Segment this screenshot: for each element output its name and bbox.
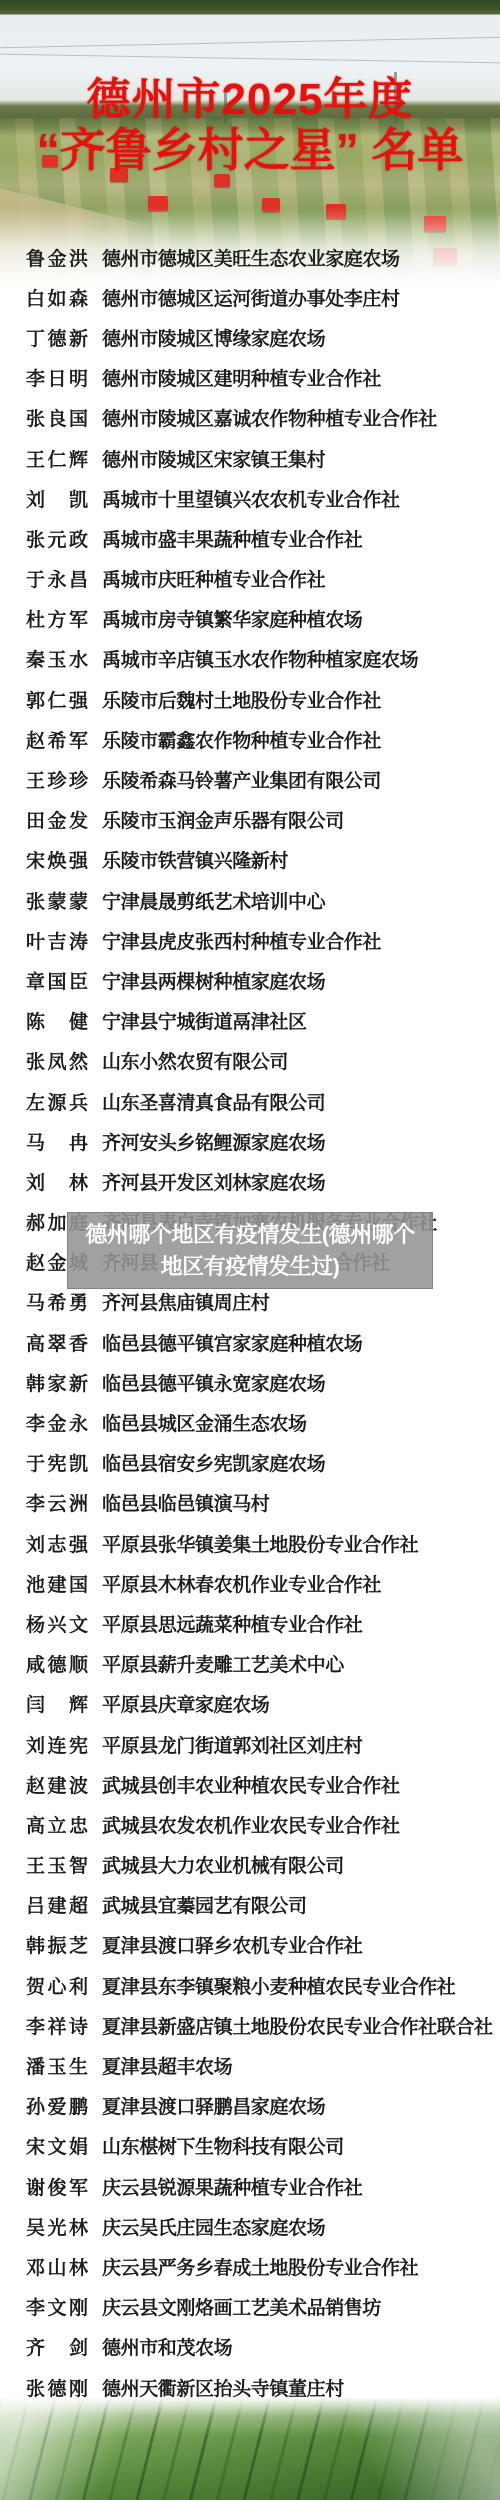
org-name: 夏津县超丰农场 xyxy=(102,2052,232,2079)
person-name: 白如森 xyxy=(26,284,88,311)
list-item: 张蒙蒙宁津晨晟剪纸艺术培训中心 xyxy=(0,880,500,920)
list-item: 杜方军禹城市房寺镇繁华家庭种植农场 xyxy=(0,599,500,639)
list-item: 赵希军乐陵市霸鑫农作物种植专业合作社 xyxy=(0,719,500,759)
org-name: 乐陵市铁营镇兴隆新村 xyxy=(102,846,288,873)
org-name: 武城县宜蓁园艺有限公司 xyxy=(102,1891,307,1918)
person-name: 马希勇 xyxy=(26,1288,88,1315)
list-item: 李云洲临邑县临邑镇演马村 xyxy=(0,1483,500,1523)
org-name: 山东小然农贸有限公司 xyxy=(102,1047,288,1074)
list-item: 章国臣宁津县两棵树种植家庭农场 xyxy=(0,960,500,1000)
list-item: 秦玉水禹城市辛店镇玉水农作物种植家庭农场 xyxy=(0,639,500,679)
person-name: 陈健 xyxy=(26,1007,88,1034)
org-name: 德州市德城区美旺生态农业家庭农场 xyxy=(102,244,400,271)
person-name: 张德刚 xyxy=(26,2374,88,2401)
org-name: 平原县思远蔬菜种植专业合作社 xyxy=(102,1610,362,1637)
list-item: 张元政禹城市盛丰果蔬种植专业合作社 xyxy=(0,518,500,558)
person-name: 韩振芝 xyxy=(26,1931,88,1958)
person-name: 张凤然 xyxy=(26,1047,88,1074)
org-name: 宁津县宁城街道鬲津社区 xyxy=(102,1007,307,1034)
org-name: 宁津县两棵树种植家庭农场 xyxy=(102,967,325,994)
org-name: 乐陵希森马铃薯产业集团有限公司 xyxy=(102,766,381,793)
org-name: 庆云县锐源果蔬种植专业合作社 xyxy=(102,2173,362,2200)
person-name: 刘林 xyxy=(26,1168,88,1195)
person-name: 宋文娟 xyxy=(26,2132,88,2159)
footer-photo xyxy=(0,2398,500,2500)
overlay-caption-line2: 地区有疫情发生过) xyxy=(161,1251,340,1283)
person-name: 赵建波 xyxy=(26,1771,88,1798)
list-item: 李文刚庆云县文刚烙画工艺美术品销售坊 xyxy=(0,2287,500,2327)
person-name: 高立忠 xyxy=(26,1811,88,1838)
person-name: 田金发 xyxy=(26,806,88,833)
list-item: 张凤然山东小然农贸有限公司 xyxy=(0,1041,500,1081)
person-name: 吕建超 xyxy=(26,1891,88,1918)
org-name: 禹城市盛丰果蔬种植专业合作社 xyxy=(102,525,362,552)
list-item: 咸德顺平原县薪升麦雕工艺美术中心 xyxy=(0,1644,500,1684)
list-item: 谢俊军庆云县锐源果蔬种植专业合作社 xyxy=(0,2166,500,2206)
person-name: 谢俊军 xyxy=(26,2173,88,2200)
org-name: 禹城市庆旺种植专业合作社 xyxy=(102,565,325,592)
list-item: 王玉智武城县大力农业机械有限公司 xyxy=(0,1845,500,1885)
list-item: 李金永临邑县城区金涌生态农场 xyxy=(0,1402,500,1442)
org-name: 夏津县渡口驿乡农机专业合作社 xyxy=(102,1931,362,1958)
org-name: 德州天衢新区抬头寺镇董庄村 xyxy=(102,2374,344,2401)
person-name: 张良国 xyxy=(26,404,88,431)
person-name: 鲁金洪 xyxy=(26,244,88,271)
org-name: 临邑县临邑镇演马村 xyxy=(102,1489,269,1516)
person-name: 韩家新 xyxy=(26,1369,88,1396)
person-name: 王玉智 xyxy=(26,1851,88,1878)
list-item: 高翠香临邑县德平镇宫家家庭种植农场 xyxy=(0,1322,500,1362)
org-name: 德州市陵城区宋家镇王集村 xyxy=(102,445,325,472)
person-name: 宋焕强 xyxy=(26,846,88,873)
org-name: 德州市陵城区博缘家庭农场 xyxy=(102,324,325,351)
person-name: 刘连宪 xyxy=(26,1731,88,1758)
list-item: 王仁辉德州市陵城区宋家镇王集村 xyxy=(0,438,500,478)
list-item: 赵建波武城县创丰农业种植农民专业合作社 xyxy=(0,1764,500,1804)
list-item: 李日明德州市陵城区建明种植专业合作社 xyxy=(0,358,500,398)
person-name: 王珍珍 xyxy=(26,766,88,793)
person-name: 叶吉涛 xyxy=(26,927,88,954)
org-name: 武城县农发农机作业农民专业合作社 xyxy=(102,1811,400,1838)
person-name: 张蒙蒙 xyxy=(26,887,88,914)
list-item: 池建国平原县木林春农机作业专业合作社 xyxy=(0,1563,500,1603)
list-item: 杨兴文平原县思远蔬菜种植专业合作社 xyxy=(0,1603,500,1643)
list-item: 宋文娟山东椹树下生物科技有限公司 xyxy=(0,2126,500,2166)
person-name: 赵希军 xyxy=(26,726,88,753)
org-name: 夏津县新盛店镇土地股份农民专业合作社联合社 xyxy=(102,2012,493,2039)
person-name: 高翠香 xyxy=(26,1329,88,1356)
org-name: 平原县薪升麦雕工艺美术中心 xyxy=(102,1650,344,1677)
org-name: 齐河县焦庙镇周庄村 xyxy=(102,1288,269,1315)
star-list: 鲁金洪德州市德城区美旺生态农业家庭农场白如森德州市德城区运河街道办事处李庄村丁德… xyxy=(0,237,500,2407)
person-name: 池建国 xyxy=(26,1570,88,1597)
page-title-line2: “齐鲁乡村之星” 名单 xyxy=(0,125,500,175)
org-name: 禹城市十里望镇兴农农机专业合作社 xyxy=(102,485,400,512)
person-name: 王仁辉 xyxy=(26,445,88,472)
org-name: 武城县创丰农业种植农民专业合作社 xyxy=(102,1771,400,1798)
person-name: 刘凯 xyxy=(26,485,88,512)
org-name: 平原县龙门街道郭刘社区刘庄村 xyxy=(102,1731,362,1758)
person-name: 吴光林 xyxy=(26,2213,88,2240)
org-name: 夏津县东李镇聚粮小麦种植农民专业合作社 xyxy=(102,1972,455,1999)
org-name: 山东椹树下生物科技有限公司 xyxy=(102,2132,344,2159)
org-name: 庆云县严务乡春成土地股份专业合作社 xyxy=(102,2253,418,2280)
org-name: 武城县大力农业机械有限公司 xyxy=(102,1851,344,1878)
person-name: 潘玉生 xyxy=(26,2052,88,2079)
person-name: 杨兴文 xyxy=(26,1610,88,1637)
org-name: 宁津县虎皮张西村种植专业合作社 xyxy=(102,927,381,954)
person-name: 李祥诗 xyxy=(26,2012,88,2039)
list-item: 韩家新临邑县德平镇永宽家庭农场 xyxy=(0,1362,500,1402)
person-name: 杜方军 xyxy=(26,605,88,632)
org-name: 齐河县开发区刘林家庭农场 xyxy=(102,1168,325,1195)
org-name: 禹城市房寺镇繁华家庭种植农场 xyxy=(102,605,362,632)
org-name: 德州市陵城区建明种植专业合作社 xyxy=(102,364,381,391)
person-name: 李云洲 xyxy=(26,1489,88,1516)
org-name: 德州市陵城区嘉诚农作物种植专业合作社 xyxy=(102,404,437,431)
org-name: 庆云吴氏庄园生态家庭农场 xyxy=(102,2213,325,2240)
person-name: 闫辉 xyxy=(26,1690,88,1717)
org-name: 乐陵市后魏村土地股份专业合作社 xyxy=(102,686,381,713)
list-item: 叶吉涛宁津县虎皮张西村种植专业合作社 xyxy=(0,920,500,960)
list-item: 韩振芝夏津县渡口驿乡农机专业合作社 xyxy=(0,1925,500,1965)
list-item: 马冉齐河安头乡铭鲤源家庭农场 xyxy=(0,1121,500,1161)
person-name: 李日明 xyxy=(26,364,88,391)
org-name: 山东圣喜清真食品有限公司 xyxy=(102,1088,325,1115)
list-item: 邓山林庆云县严务乡春成土地股份专业合作社 xyxy=(0,2246,500,2286)
person-name: 马冉 xyxy=(26,1128,88,1155)
org-name: 德州市和茂农场 xyxy=(102,2333,232,2360)
person-name: 郭仁强 xyxy=(26,686,88,713)
list-item: 鲁金洪德州市德城区美旺生态农业家庭农场 xyxy=(0,237,500,277)
page-title: 德州市2025年度 “齐鲁乡村之星” 名单 xyxy=(0,76,500,175)
list-item: 孙爱鹏夏津县渡口驿鹏昌家庭农场 xyxy=(0,2086,500,2126)
list-item: 于宪凯临邑县宿安乡宪凯家庭农场 xyxy=(0,1443,500,1483)
footer-mist xyxy=(0,2398,500,2500)
list-item: 刘凯禹城市十里望镇兴农农机专业合作社 xyxy=(0,478,500,518)
article-page: 德州市2025年度 “齐鲁乡村之星” 名单 鲁金洪德州市德城区美旺生态农业家庭农… xyxy=(0,0,500,2500)
list-item: 左源兵山东圣喜清真食品有限公司 xyxy=(0,1081,500,1121)
person-name: 李金永 xyxy=(26,1409,88,1436)
person-name: 丁德新 xyxy=(26,324,88,351)
person-name: 秦玉水 xyxy=(26,645,88,672)
list-item: 吕建超武城县宜蓁园艺有限公司 xyxy=(0,1885,500,1925)
list-item: 陈健宁津县宁城街道鬲津社区 xyxy=(0,1001,500,1041)
list-item: 潘玉生夏津县超丰农场 xyxy=(0,2045,500,2085)
list-item: 闫辉平原县庆章家庭农场 xyxy=(0,1684,500,1724)
person-name: 于永昌 xyxy=(26,565,88,592)
list-item: 郭仁强乐陵市后魏村土地股份专业合作社 xyxy=(0,679,500,719)
person-name: 于宪凯 xyxy=(26,1449,88,1476)
org-name: 禹城市辛店镇玉水农作物种植家庭农场 xyxy=(102,645,418,672)
list-item: 刘连宪平原县龙门街道郭刘社区刘庄村 xyxy=(0,1724,500,1764)
list-item: 白如森德州市德城区运河街道办事处李庄村 xyxy=(0,277,500,317)
person-name: 左源兵 xyxy=(26,1088,88,1115)
list-item: 丁德新德州市陵城区博缘家庭农场 xyxy=(0,317,500,357)
list-item: 高立忠武城县农发农机作业农民专业合作社 xyxy=(0,1804,500,1844)
list-item: 刘林齐河县开发区刘林家庭农场 xyxy=(0,1161,500,1201)
list-item: 王珍珍乐陵希森马铃薯产业集团有限公司 xyxy=(0,759,500,799)
list-item: 齐剑德州市和茂农场 xyxy=(0,2327,500,2367)
org-name: 临邑县德平镇宫家家庭种植农场 xyxy=(102,1329,362,1356)
org-name: 乐陵市霸鑫农作物种植专业合作社 xyxy=(102,726,381,753)
org-name: 临邑县宿安乡宪凯家庭农场 xyxy=(102,1449,325,1476)
org-name: 平原县木林春农机作业专业合作社 xyxy=(102,1570,381,1597)
overlay-caption-line1: 德州哪个地区有疫情发生(德州哪个 xyxy=(85,1219,414,1251)
overlay-caption: 德州哪个地区有疫情发生(德州哪个 地区有疫情发生过) xyxy=(67,1212,433,1289)
page-title-line1: 德州市2025年度 xyxy=(0,76,500,124)
org-name: 德州市德城区运河街道办事处李庄村 xyxy=(102,284,400,311)
org-name: 平原县张华镇姜集土地股份专业合作社 xyxy=(102,1530,418,1557)
org-name: 齐河安头乡铭鲤源家庭农场 xyxy=(102,1128,325,1155)
person-name: 张元政 xyxy=(26,525,88,552)
org-name: 临邑县城区金涌生态农场 xyxy=(102,1409,307,1436)
person-name: 邓山林 xyxy=(26,2253,88,2280)
person-name: 贺心利 xyxy=(26,1972,88,1999)
person-name: 咸德顺 xyxy=(26,1650,88,1677)
list-item: 刘志强平原县张华镇姜集土地股份专业合作社 xyxy=(0,1523,500,1563)
org-name: 临邑县德平镇永宽家庭农场 xyxy=(102,1369,325,1396)
org-name: 庆云县文刚烙画工艺美术品销售坊 xyxy=(102,2293,381,2320)
list-item: 张良国德州市陵城区嘉诚农作物种植专业合作社 xyxy=(0,398,500,438)
person-name: 李文刚 xyxy=(26,2293,88,2320)
person-name: 孙爱鹏 xyxy=(26,2092,88,2119)
person-name: 刘志强 xyxy=(26,1530,88,1557)
org-name: 平原县庆章家庭农场 xyxy=(102,1690,269,1717)
org-name: 夏津县渡口驿鹏昌家庭农场 xyxy=(102,2092,325,2119)
org-name: 宁津晨晟剪纸艺术培训中心 xyxy=(102,887,325,914)
person-name: 章国臣 xyxy=(26,967,88,994)
list-item: 贺心利夏津县东李镇聚粮小麦种植农民专业合作社 xyxy=(0,1965,500,2005)
org-name: 乐陵市玉润金声乐器有限公司 xyxy=(102,806,344,833)
list-item: 于永昌禹城市庆旺种植专业合作社 xyxy=(0,559,500,599)
list-item: 田金发乐陵市玉润金声乐器有限公司 xyxy=(0,800,500,840)
list-item: 宋焕强乐陵市铁营镇兴隆新村 xyxy=(0,840,500,880)
person-name: 齐剑 xyxy=(26,2333,88,2360)
list-item: 吴光林庆云吴氏庄园生态家庭农场 xyxy=(0,2206,500,2246)
list-item: 李祥诗夏津县新盛店镇土地股份农民专业合作社联合社 xyxy=(0,2005,500,2045)
